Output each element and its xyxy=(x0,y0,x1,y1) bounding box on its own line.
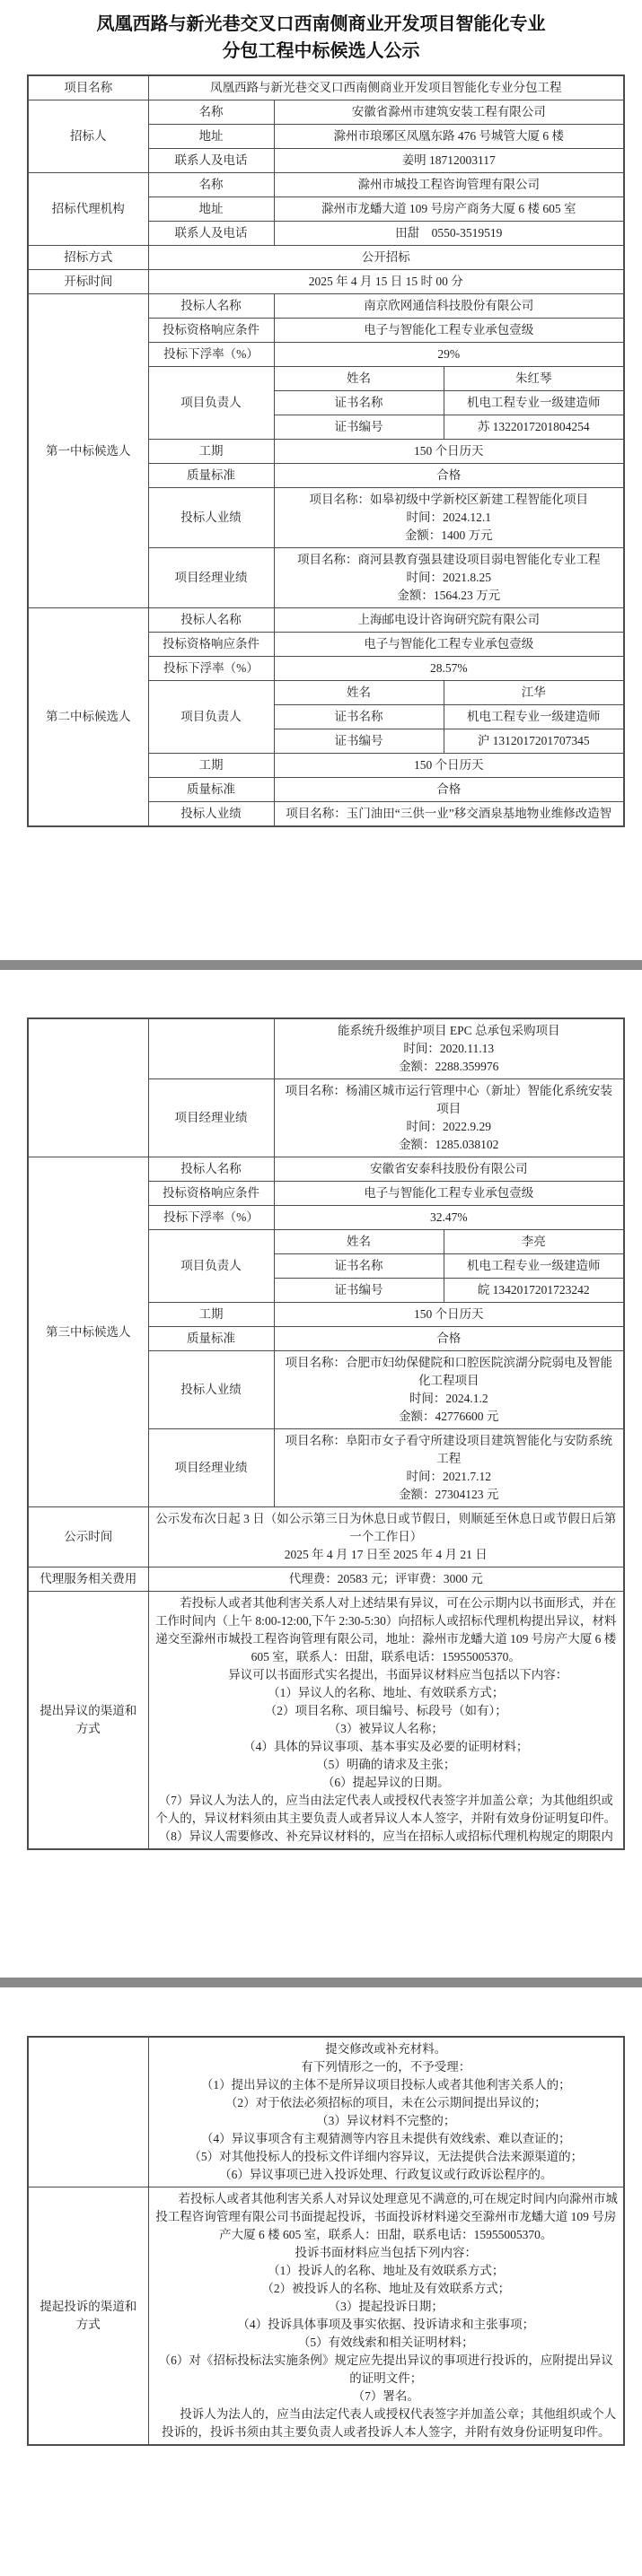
c1-project-leader-label: 项目负责人 xyxy=(148,367,274,440)
c1-duration-label: 工期 xyxy=(148,440,274,464)
tenderer-label: 招标人 xyxy=(28,100,148,173)
objection-continuation-empty-cell xyxy=(28,2037,148,2187)
c3-quality-value: 合格 xyxy=(274,1327,624,1351)
agency-address-value: 滁州市龙蟠大道 109 号房产商务大厦 6 楼 605 室 xyxy=(274,197,624,222)
c3-cert-name-label: 证书名称 xyxy=(274,1254,444,1279)
candidate1-label: 第一中标候选人 xyxy=(28,294,148,608)
candidate2-label: 第二中标候选人 xyxy=(28,608,148,827)
publicity-time-label: 公示时间 xyxy=(28,1507,148,1567)
candidate3-label: 第三中标候选人 xyxy=(28,1157,148,1507)
c2-cert-no-label: 证书编号 xyxy=(274,729,444,754)
c1-cert-no-label: 证书编号 xyxy=(274,415,444,440)
c3-leader-name-value: 李亮 xyxy=(444,1230,624,1254)
agency-fees-label: 代理服务相关费用 xyxy=(28,1567,148,1592)
c1-leader-name-value: 朱红琴 xyxy=(444,367,624,391)
c2-leader-name-label: 姓名 xyxy=(274,681,444,705)
c3-bidder-name-value: 安徽省安泰科技股份有限公司 xyxy=(274,1157,624,1182)
table-row: 能系统升级维护项目 EPC 总承包采购项目 时间：2020.11.13 金额：2… xyxy=(28,1018,624,1079)
candidate2-continuation-empty-cell xyxy=(28,1018,148,1157)
c3-pm-perf-label: 项目经理业绩 xyxy=(148,1429,274,1507)
c2-qualification-value: 电子与智能化工程专业承包壹级 xyxy=(274,633,624,657)
c2-bidder-name-value: 上海邮电设计咨询研究院有限公司 xyxy=(274,608,624,633)
c2-pm-perf-label: 项目经理业绩 xyxy=(148,1079,274,1157)
table-row: 公示时间 公示发布次日起 3 日（如公示第三日为休息日或节假日，则顺延至休息日或… xyxy=(28,1507,624,1567)
c3-duration-label: 工期 xyxy=(148,1303,274,1327)
c1-leader-name-label: 姓名 xyxy=(274,367,444,391)
c3-cert-no-label: 证书编号 xyxy=(274,1279,444,1303)
c3-leader-name-label: 姓名 xyxy=(274,1230,444,1254)
c3-bidder-perf-label: 投标人业绩 xyxy=(148,1351,274,1429)
table-row: 开标时间 2025 年 4 月 15 日 15 时 00 分 xyxy=(28,270,624,294)
complaint-channel-label: 提起投诉的渠道和 方式 xyxy=(28,2187,148,2446)
c3-duration-value: 150 个日历天 xyxy=(274,1303,624,1327)
c2-discount-rate-value: 28.57% xyxy=(274,657,624,681)
c3-project-leader-label: 项目负责人 xyxy=(148,1230,274,1303)
c1-pm-perf-value: 项目名称：商河县教育强县建设项目弱电智能化专业工程 时间：2021.8.25 金… xyxy=(274,548,624,608)
tenderer-name-label: 名称 xyxy=(148,100,274,125)
agency-contact-value: 田甜 0550-3519519 xyxy=(274,222,624,246)
c2-bidder-perf-value-page2: 能系统升级维护项目 EPC 总承包采购项目 时间：2020.11.13 金额：2… xyxy=(274,1018,624,1079)
table-row: 提出异议的渠道和 方式 若投标人或者其他利害关系人对上述结果有异议，可在公示期内… xyxy=(28,1592,624,1850)
tender-method-label: 招标方式 xyxy=(28,246,148,270)
table-row: 招标代理机构 名称 滁州市城投工程咨询管理有限公司 xyxy=(28,173,624,197)
c1-duration-value: 150 个日历天 xyxy=(274,440,624,464)
c2-leader-name-value: 江华 xyxy=(444,681,624,705)
c2-project-leader-label: 项目负责人 xyxy=(148,681,274,754)
page-title-line1: 凤凰西路与新光巷交叉口西南侧商业开发项目智能化专业 xyxy=(0,11,642,38)
c2-duration-value: 150 个日历天 xyxy=(274,754,624,778)
c2-cert-name-label: 证书名称 xyxy=(274,705,444,729)
table-row: 第一中标候选人 投标人名称 南京欣网通信科技股份有限公司 xyxy=(28,294,624,319)
tenderer-address-value: 滁州市琅琊区凤凰东路 476 号城管大厦 6 楼 xyxy=(274,125,624,149)
table-row: 提交修改或补充材料。 有下列情形之一的，不予受理： （1）提出异议的主体不是所异… xyxy=(28,2037,624,2187)
table-row: 第二中标候选人 投标人名称 上海邮电设计咨询研究院有限公司 xyxy=(28,608,624,633)
c2-qualification-label: 投标资格响应条件 xyxy=(148,633,274,657)
c1-discount-rate-value: 29% xyxy=(274,343,624,367)
table-row: 招标人 名称 安徽省滁州市建筑安装工程有限公司 xyxy=(28,100,624,125)
c2-bidder-perf-continuation-label-cell xyxy=(148,1018,274,1079)
c1-bidder-perf-value: 项目名称：如皋初级中学新校区新建工程智能化项目 时间：2024.12.1 金额：… xyxy=(274,488,624,548)
complaint-channel-value: 若投标人或者其他利害关系人对异议处理意见不满意的,可在规定时间内向滁州市城投工程… xyxy=(148,2187,624,2446)
agency-address-label: 地址 xyxy=(148,197,274,222)
tenderer-name-value: 安徽省滁州市建筑安装工程有限公司 xyxy=(274,100,624,125)
c2-duration-label: 工期 xyxy=(148,754,274,778)
agency-contact-label: 联系人及电话 xyxy=(148,222,274,246)
c2-quality-value: 合格 xyxy=(274,778,624,802)
c1-quality-value: 合格 xyxy=(274,464,624,488)
c3-discount-rate-value: 32.47% xyxy=(274,1206,624,1230)
c1-qualification-value: 电子与智能化工程专业承包壹级 xyxy=(274,319,624,343)
c1-pm-perf-label: 项目经理业绩 xyxy=(148,548,274,608)
c1-bidder-name-label: 投标人名称 xyxy=(148,294,274,319)
page-title: 凤凰西路与新光巷交叉口西南侧商业开发项目智能化专业 分包工程中标候选人公示 xyxy=(0,11,642,65)
c2-bidder-name-label: 投标人名称 xyxy=(148,608,274,633)
c2-pm-perf-value: 项目名称：杨浦区城市运行管理中心（新址）智能化系统安装项目 时间：2022.9.… xyxy=(274,1079,624,1157)
table-row: 第三中标候选人 投标人名称 安徽省安泰科技股份有限公司 xyxy=(28,1157,624,1182)
c3-cert-name-value: 机电工程专业一级建造师 xyxy=(444,1254,624,1279)
objection-channel-label: 提出异议的渠道和 方式 xyxy=(28,1592,148,1850)
document-page: { "title": { "line1": "凤凰西路与新光巷交叉口西南侧商业开… xyxy=(0,0,642,2576)
c3-discount-rate-label: 投标下浮率（%） xyxy=(148,1206,274,1230)
c3-pm-perf-value: 项目名称：阜阳市女子看守所建设项目建筑智能化与安防系统工程 时间：2021.7.… xyxy=(274,1429,624,1507)
objection-channel-value-page1: 若投标人或者其他利害关系人对上述结果有异议，可在公示期内以书面形式，并在工作时间… xyxy=(148,1592,624,1850)
c1-cert-name-label: 证书名称 xyxy=(274,391,444,415)
table-row: 代理服务相关费用 代理费：20583 元；评审费：3000 元 xyxy=(28,1567,624,1592)
tenderer-contact-label: 联系人及电话 xyxy=(148,149,274,173)
c1-discount-rate-label: 投标下浮率（%） xyxy=(148,343,274,367)
page-break-bar-2 xyxy=(0,1978,642,1987)
announcement-table-page3: 提交修改或补充材料。 有下列情形之一的，不予受理： （1）提出异议的主体不是所异… xyxy=(27,2036,625,2446)
bid-opening-label: 开标时间 xyxy=(28,270,148,294)
publicity-time-value: 公示发布次日起 3 日（如公示第三日为休息日或节假日，则顺延至休息日或节假日后第… xyxy=(148,1507,624,1567)
c3-quality-label: 质量标准 xyxy=(148,1327,274,1351)
c2-quality-label: 质量标准 xyxy=(148,778,274,802)
c3-bidder-perf-value: 项目名称：合肥市妇幼保健院和口腔医院滨湖分院弱电及智能化工程项目 时间：2024… xyxy=(274,1351,624,1429)
agency-name-value: 滁州市城投工程咨询管理有限公司 xyxy=(274,173,624,197)
page-title-line2: 分包工程中标候选人公示 xyxy=(0,38,642,65)
c3-cert-no-value: 皖 1342017201723242 xyxy=(444,1279,624,1303)
c1-cert-name-value: 机电工程专业一级建造师 xyxy=(444,391,624,415)
project-name-label: 项目名称 xyxy=(28,75,148,100)
project-name-value: 凤凰西路与新光巷交叉口西南侧商业开发项目智能化专业分包工程 xyxy=(148,75,624,100)
agency-label: 招标代理机构 xyxy=(28,173,148,246)
tender-method-value: 公开招标 xyxy=(148,246,624,270)
c2-bidder-perf-value-page1: 项目名称：玉门油田“三供一业”移交酒泉基地物业维修改造智 xyxy=(274,802,624,827)
c1-qualification-label: 投标资格响应条件 xyxy=(148,319,274,343)
table-row: 提起投诉的渠道和 方式 若投标人或者其他利害关系人对异议处理意见不满意的,可在规… xyxy=(28,2187,624,2446)
c1-cert-no-value: 苏 1322017201804254 xyxy=(444,415,624,440)
c1-quality-label: 质量标准 xyxy=(148,464,274,488)
tenderer-address-label: 地址 xyxy=(148,125,274,149)
c2-bidder-perf-label: 投标人业绩 xyxy=(148,802,274,827)
c1-bidder-perf-label: 投标人业绩 xyxy=(148,488,274,548)
table-row: 招标方式 公开招标 xyxy=(28,246,624,270)
c3-bidder-name-label: 投标人名称 xyxy=(148,1157,274,1182)
agency-fees-value: 代理费：20583 元；评审费：3000 元 xyxy=(148,1567,624,1592)
c1-bidder-name-value: 南京欣网通信科技股份有限公司 xyxy=(274,294,624,319)
announcement-table-page2: 能系统升级维护项目 EPC 总承包采购项目 时间：2020.11.13 金额：2… xyxy=(27,1017,625,1850)
c2-cert-name-value: 机电工程专业一级建造师 xyxy=(444,705,624,729)
announcement-table-page1: 项目名称 凤凰西路与新光巷交叉口西南侧商业开发项目智能化专业分包工程 招标人 名… xyxy=(27,74,625,827)
bid-opening-value: 2025 年 4 月 15 日 15 时 00 分 xyxy=(148,270,624,294)
c3-qualification-label: 投标资格响应条件 xyxy=(148,1182,274,1206)
table-row: 项目名称 凤凰西路与新光巷交叉口西南侧商业开发项目智能化专业分包工程 xyxy=(28,75,624,100)
tenderer-contact-value: 姜明 18712003117 xyxy=(274,149,624,173)
c3-qualification-value: 电子与智能化工程专业承包壹级 xyxy=(274,1182,624,1206)
page-break-bar-1 xyxy=(0,960,642,970)
agency-name-label: 名称 xyxy=(148,173,274,197)
c2-cert-no-value: 沪 1312017201707345 xyxy=(444,729,624,754)
c2-discount-rate-label: 投标下浮率（%） xyxy=(148,657,274,681)
objection-channel-value-page2: 提交修改或补充材料。 有下列情形之一的，不予受理： （1）提出异议的主体不是所异… xyxy=(148,2037,624,2187)
